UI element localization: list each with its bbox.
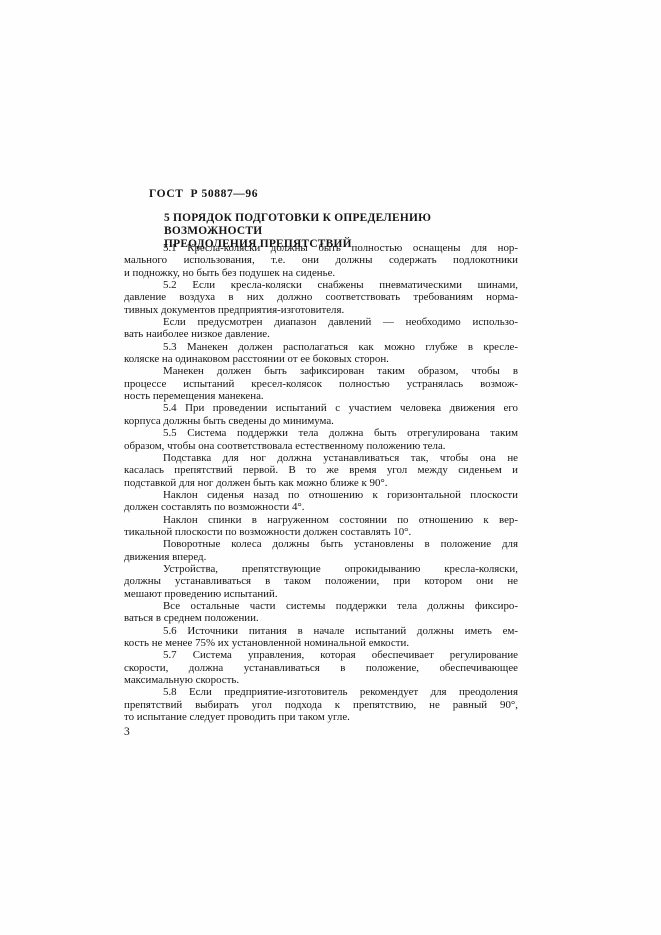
text-line: 5.7 Система управления, которая обеспечи… bbox=[124, 649, 518, 661]
text-line: кость не менее 75% их установленной номи… bbox=[124, 637, 518, 649]
document-body-text: 5.1 Кресла-коляски должны быть полностью… bbox=[124, 242, 518, 723]
text-line: 5.5 Система поддержки тела должна быть о… bbox=[124, 427, 518, 439]
standard-reference-header: ГОСТ Р 50887—96 bbox=[149, 188, 258, 200]
text-line: скорости, должна устанавливаться в полож… bbox=[124, 662, 518, 674]
text-line: ваться в среднем положении. bbox=[124, 612, 518, 624]
text-line: подставкой для ног должен быть как можно… bbox=[124, 477, 518, 489]
text-line: то испытание следует проводить при таком… bbox=[124, 711, 518, 723]
text-line: мешают проведению испытаний. bbox=[124, 588, 518, 600]
text-line: давление воздуха в них должно соответств… bbox=[124, 291, 518, 303]
text-line: корпуса должны быть сведены до минимума. bbox=[124, 415, 518, 427]
text-line: ность перемещения манекена. bbox=[124, 390, 518, 402]
text-line: Устройства, препятствующие опрокидыванию… bbox=[124, 563, 518, 575]
text-line: Все остальные части системы поддержки те… bbox=[124, 600, 518, 612]
text-line: максимальную скорость. bbox=[124, 674, 518, 686]
scanned-document-page: ГОСТ Р 50887—96 5 ПОРЯДОК ПОДГОТОВКИ К О… bbox=[0, 0, 661, 935]
text-line: Подставка для ног должна устанавливаться… bbox=[124, 452, 518, 464]
text-line: Манекен должен быть зафиксирован таким о… bbox=[124, 365, 518, 377]
text-line: тикальной плоскости по возможности долже… bbox=[124, 526, 518, 538]
text-line: образом, чтобы она соответствовала естес… bbox=[124, 440, 518, 452]
page-number: 3 bbox=[124, 726, 130, 738]
text-line: движения вперед. bbox=[124, 551, 518, 563]
text-line: касалась препятствий первой. В то же вре… bbox=[124, 464, 518, 476]
text-line: 5.4 При проведении испытаний с участием … bbox=[124, 402, 518, 414]
text-line: Наклон спинки в нагруженном состоянии по… bbox=[124, 514, 518, 526]
text-line: должны устанавливаться в таком положении… bbox=[124, 575, 518, 587]
text-line: должен составлять по возможности 4°. bbox=[124, 501, 518, 513]
text-line: вать наиболее низкое давление. bbox=[124, 328, 518, 340]
text-line: 5.3 Манекен должен располагаться как мож… bbox=[124, 341, 518, 353]
text-line: 5.8 Если предприятие-изготовитель рекоме… bbox=[124, 686, 518, 698]
text-line: Если предусмотрен диапазон давлений — не… bbox=[124, 316, 518, 328]
text-line: тивных документов предприятия-изготовите… bbox=[124, 304, 518, 316]
text-line: 5.6 Источники питания в начале испытаний… bbox=[124, 625, 518, 637]
text-line: Наклон сиденья назад по отношению к гори… bbox=[124, 489, 518, 501]
text-line: 5.1 Кресла-коляски должны быть полностью… bbox=[124, 242, 518, 254]
text-line: мального использования, т.е. они должны … bbox=[124, 254, 518, 266]
text-line: процессе испытаний кресел-колясок полнос… bbox=[124, 378, 518, 390]
text-line: коляске на одинаковом расстоянии от ее б… bbox=[124, 353, 518, 365]
section-heading-line: 5 ПОРЯДОК ПОДГОТОВКИ К ОПРЕДЕЛЕНИЮ ВОЗМО… bbox=[164, 212, 524, 238]
text-line: Поворотные колеса должны быть установлен… bbox=[124, 538, 518, 550]
text-line: и подножку, но быть без подушек на сиден… bbox=[124, 267, 518, 279]
text-line: 5.2 Если кресла-коляски снабжены пневмат… bbox=[124, 279, 518, 291]
text-line: препятствий выбирать угол подхода к преп… bbox=[124, 699, 518, 711]
